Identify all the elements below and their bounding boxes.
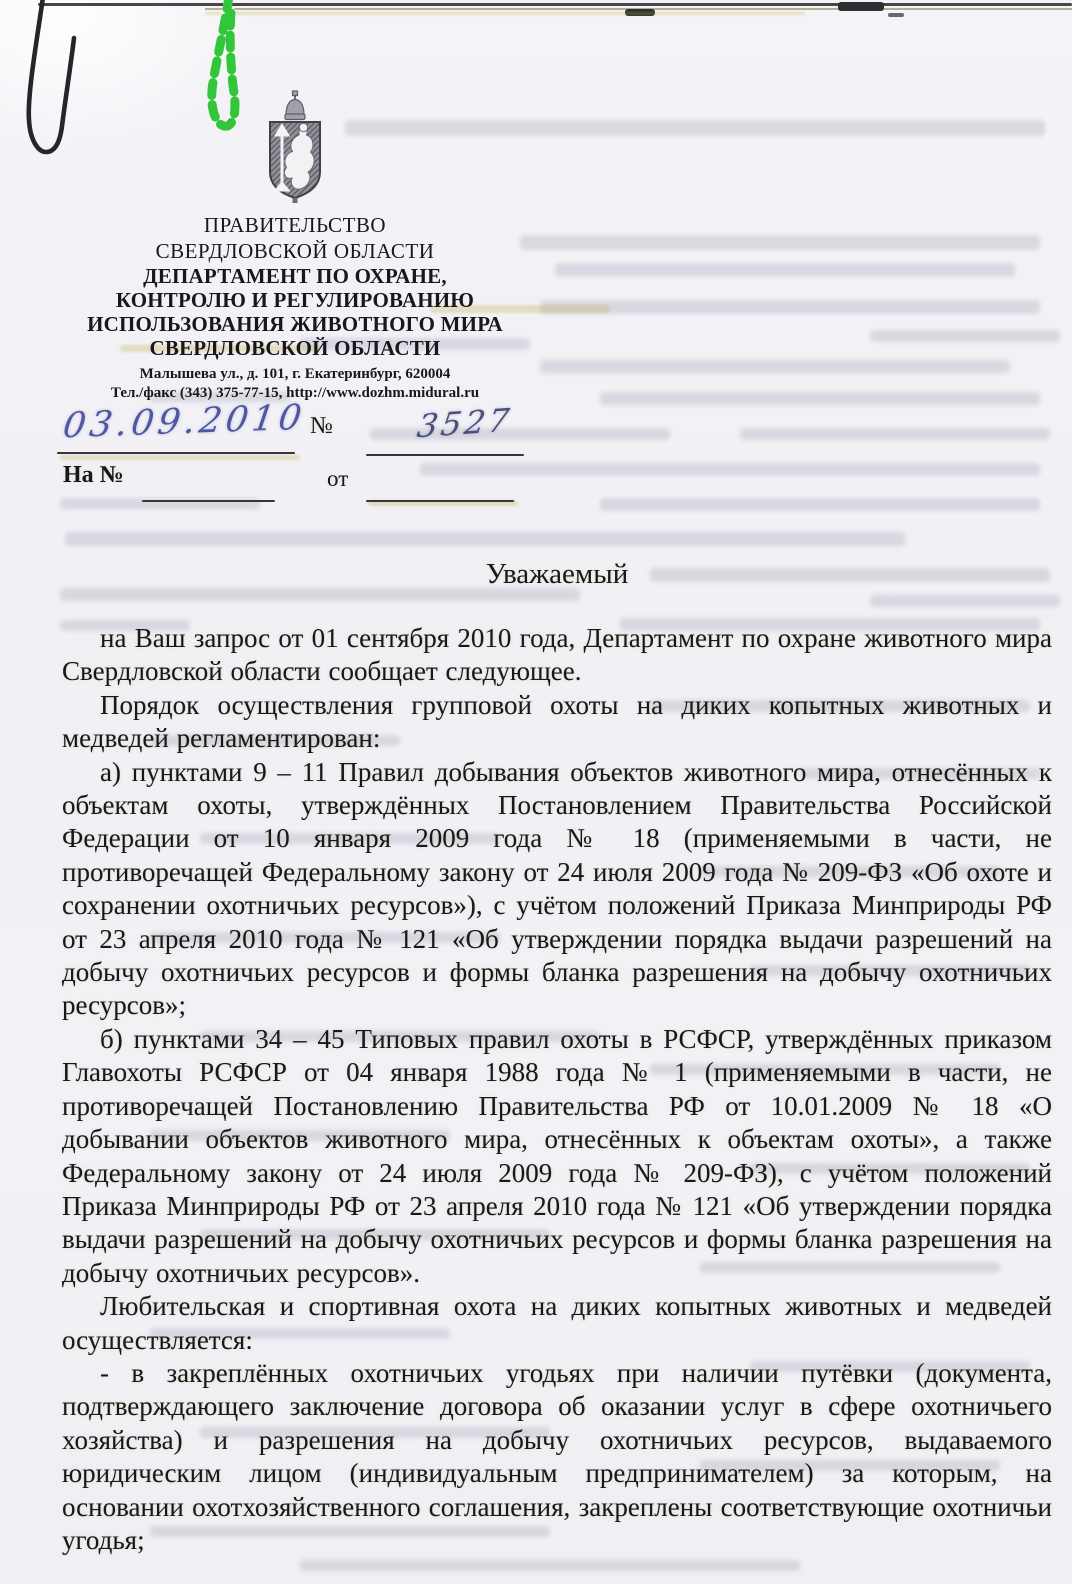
bleedthrough-mark (870, 330, 1060, 342)
bleedthrough-mark (600, 498, 1040, 511)
department-name-line4: СВЕРДЛОВСКОЙ ОБЛАСТИ (42, 336, 548, 360)
green-twist-tie-icon (193, 0, 255, 138)
bleedthrough-mark (520, 235, 1040, 250)
paragraph-intro: на Ваш запрос от 01 сентября 2010 года, … (62, 622, 1052, 689)
letterhead-address: Малышева ул., д. 101, г. Екатеринбург, 6… (42, 365, 548, 384)
letter-body: на Ваш запрос от 01 сентября 2010 года, … (62, 622, 1052, 1557)
paragraph-order: Порядок осуществления групповой охоты на… (62, 689, 1052, 756)
number-blank-line (366, 454, 524, 456)
bleedthrough-mark (205, 12, 805, 15)
paper-clip-icon (14, 0, 86, 162)
paragraph-item-a: а) пунктами 9 – 11 Правил добывания объе… (62, 756, 1052, 1023)
department-name-line2: КОНТРОЛЮ И РЕГУЛИРОВАНИЮ (42, 288, 548, 312)
outgoing-number-handwritten: 3527 (415, 401, 515, 445)
in-reply-date-label: от (327, 466, 348, 492)
in-reply-number-blank-line (142, 500, 275, 502)
bleedthrough-mark (345, 120, 1045, 136)
paragraph-hunting-types: Любительская и спортивная охота на диких… (62, 1290, 1052, 1357)
bleedthrough-mark (300, 1560, 800, 1571)
paragraph-item-b: б) пунктами 34 – 45 Типовых правил охоты… (62, 1023, 1052, 1290)
bleedthrough-mark (60, 455, 300, 460)
bleedthrough-mark (555, 263, 1015, 277)
in-reply-date-blank-line (366, 500, 514, 502)
bleedthrough-mark (65, 532, 905, 546)
government-name-line2: СВЕРДЛОВСКОЙ ОБЛАСТИ (42, 238, 548, 264)
coat-of-arms-icon (258, 88, 332, 208)
bleedthrough-mark (540, 360, 1010, 373)
number-label: № (310, 413, 333, 440)
bleedthrough-mark (420, 463, 1040, 476)
letterhead: ПРАВИТЕЛЬСТВО СВЕРДЛОВСКОЙ ОБЛАСТИ ДЕПАР… (42, 212, 548, 403)
department-name-line1: ДЕПАРТАМЕНТ ПО ОХРАНЕ, (42, 264, 548, 288)
department-name-line3: ИСПОЛЬЗОВАНИЯ ЖИВОТНОГО МИРА (42, 312, 548, 336)
salutation: Уважаемый (62, 558, 1052, 591)
bleedthrough-mark (540, 300, 1040, 314)
bleedthrough-mark (740, 428, 1050, 440)
paragraph-grounds: - в закреплённых охотничьих угодьях при … (62, 1357, 1052, 1557)
bleedthrough-mark (870, 595, 1060, 607)
government-name-line1: ПРАВИТЕЛЬСТВО (42, 212, 548, 238)
date-blank-line (57, 452, 295, 454)
bleedthrough-mark (600, 392, 1040, 405)
in-reply-to-label: На № (63, 462, 124, 489)
scanned-letter-page: ПРАВИТЕЛЬСТВО СВЕРДЛОВСКОЙ ОБЛАСТИ ДЕПАР… (0, 0, 1072, 1584)
